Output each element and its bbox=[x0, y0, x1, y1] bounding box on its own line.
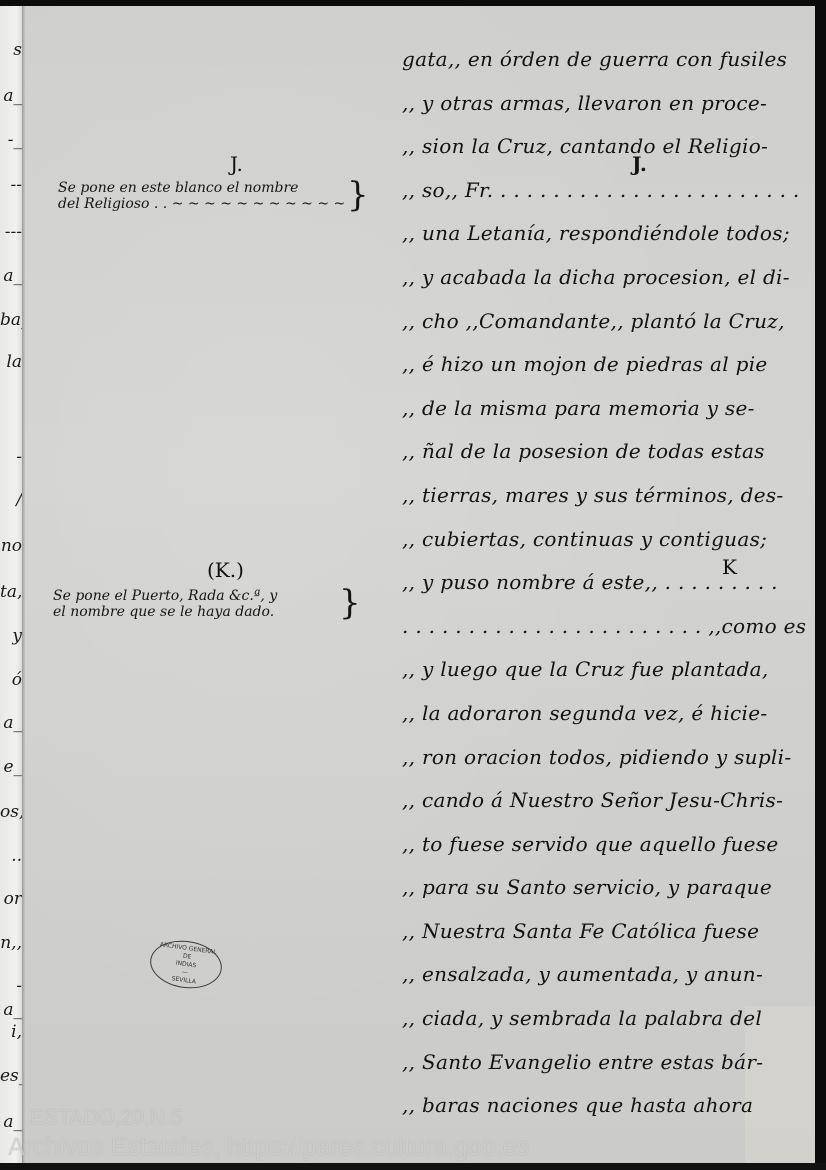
text-line: ,, cubiertas, continuas y contiguas; bbox=[402, 518, 812, 562]
margin-note-j-line-2: del Religioso . . ~ ~ ~ ~ ~ ~ ~ ~ ~ ~ ~ bbox=[58, 196, 345, 212]
previous-page-fragment: or bbox=[0, 889, 22, 909]
text-line: ,, y acabada la dicha procesion, el di- bbox=[402, 256, 812, 300]
previous-page-fragment: a_ bbox=[0, 266, 22, 286]
text-line: ,, Nuestra Santa Fe Católica fuese bbox=[402, 910, 812, 954]
previous-page-fragment: a_ bbox=[0, 86, 22, 106]
margin-note-k-line-2: el nombre que se le haya dado. bbox=[53, 604, 277, 620]
text-line: gata,, en órden de guerra con fusiles bbox=[402, 38, 812, 82]
text-line: ,, una Letanía, respondiéndole todos; bbox=[402, 212, 812, 256]
previous-page-fragment: a_ bbox=[0, 1000, 22, 1020]
text-line: ,, sion la Cruz, cantando el Religio- bbox=[402, 125, 812, 169]
text-line: . . . . . . . . . . . . . . . . . . . . … bbox=[402, 605, 812, 649]
margin-note-k-brace: } bbox=[339, 586, 361, 620]
text-line: ,, ron oracion todos, pidiendo y supli- bbox=[402, 736, 812, 780]
previous-page-fragment: os, bbox=[0, 802, 22, 822]
previous-page-fragment: / bbox=[0, 490, 22, 510]
previous-page-fragment: ba_ bbox=[0, 310, 22, 330]
text-line: ,, ensalzada, y aumentada, y anun- bbox=[402, 953, 812, 997]
text-line: ,, ciada, y sembrada la palabra del bbox=[402, 997, 812, 1041]
text-line: ,, so,, Fr. . . . . . . . . . . . . . . … bbox=[402, 169, 812, 213]
margin-note-j-letter: J. bbox=[230, 152, 243, 176]
previous-page-fragment: a_ bbox=[0, 713, 22, 733]
previous-page-edge: sa_-_-----a_ba_la-/nota,yóa_e_os,..orn,,… bbox=[0, 6, 23, 1164]
text-line: ,, baras naciones que hasta ahora bbox=[402, 1084, 812, 1128]
text-line: ,, y otras armas, llevaron en proce- bbox=[402, 82, 812, 126]
text-line: ,, la adoraron segunda vez, é hicie- bbox=[402, 692, 812, 736]
previous-page-fragment: ta, bbox=[0, 582, 22, 602]
text-line: ,, y puso nombre á este,, . . . . . . . … bbox=[402, 561, 812, 605]
watermark-source: Archivos Estatales, https://pares.cultur… bbox=[8, 1133, 529, 1162]
previous-page-fragment: s bbox=[0, 40, 22, 60]
text-line: ,, cho ,,Comandante,, plantó la Cruz, bbox=[402, 300, 812, 344]
previous-page-fragment: - bbox=[0, 976, 22, 996]
margin-note-k-letter: (K.) bbox=[207, 558, 244, 582]
margin-note-k-line-1: Se pone el Puerto, Rada &c.ª, y bbox=[53, 588, 277, 604]
previous-page-fragment: y bbox=[0, 626, 22, 646]
text-line: ,, to fuese servido que aquello fuese bbox=[402, 823, 812, 867]
previous-page-fragment: - bbox=[0, 447, 22, 467]
scan-bottom-border bbox=[0, 1163, 826, 1170]
margin-note-j-line-1: Se pone en este blanco el nombre bbox=[58, 180, 345, 196]
previous-page-fragment: n,, bbox=[0, 933, 22, 953]
previous-page-fragment: i, bbox=[0, 1022, 22, 1042]
text-line: ,, cando á Nuestro Señor Jesu-Chris- bbox=[402, 779, 812, 823]
text-line: ,, de la misma para memoria y se- bbox=[402, 387, 812, 431]
margin-note-j-brace: } bbox=[347, 178, 369, 212]
text-line: ,, y luego que la Cruz fue plantada, bbox=[402, 648, 812, 692]
archive-stamp: ARCHIVO GENERAL DE INDIAS — SEVILLA bbox=[147, 936, 225, 993]
previous-page-fragment: -_ bbox=[0, 130, 22, 150]
inline-marker-j: J. bbox=[632, 152, 647, 176]
previous-page-fragment: a_ bbox=[0, 1112, 22, 1132]
scan-right-border bbox=[815, 0, 826, 1170]
main-text-column: gata,, en órden de guerra con fusiles,, … bbox=[402, 38, 812, 1128]
previous-page-fragment: .. bbox=[0, 846, 22, 866]
previous-page-fragment: -- bbox=[0, 175, 22, 195]
previous-page-fragment: ó bbox=[0, 670, 22, 690]
text-line: ,, tierras, mares y sus términos, des- bbox=[402, 474, 812, 518]
previous-page-fragment: no bbox=[0, 536, 22, 556]
margin-note-k: Se pone el Puerto, Rada &c.ª, y el nombr… bbox=[53, 588, 277, 620]
previous-page-fragment: es_ bbox=[0, 1066, 22, 1086]
inline-marker-k: K bbox=[722, 555, 737, 579]
margin-note-j: Se pone en este blanco el nombre del Rel… bbox=[58, 180, 345, 212]
text-line: ,, ñal de la posesion de todas estas bbox=[402, 430, 812, 474]
text-line: ,, é hizo un mojon de piedras al pie bbox=[402, 343, 812, 387]
previous-page-fragment: --- bbox=[0, 222, 22, 242]
text-line: ,, Santo Evangelio entre estas bár- bbox=[402, 1041, 812, 1085]
watermark-reference: ESTADO,20,N.5 bbox=[30, 1106, 183, 1130]
previous-page-fragment: la bbox=[0, 352, 22, 372]
text-line: ,, para su Santo servicio, y paraque bbox=[402, 866, 812, 910]
previous-page-fragment: e_ bbox=[0, 757, 22, 777]
